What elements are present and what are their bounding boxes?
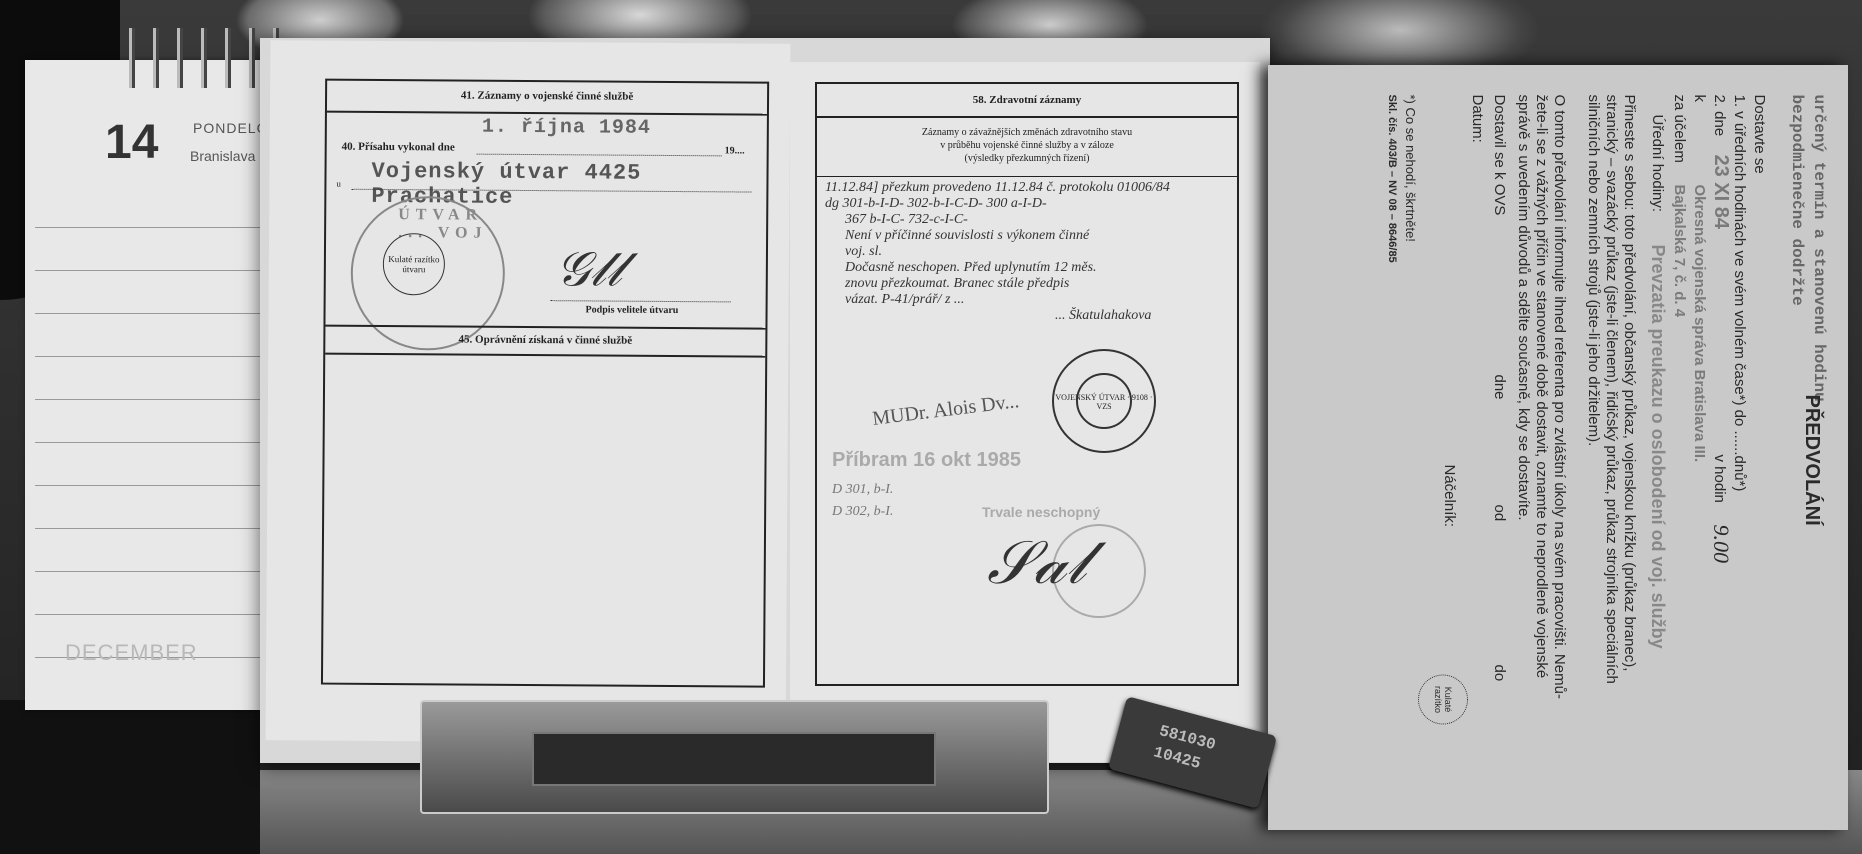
handwritten-line: znovu přezkoumat. Branec stále předpis	[825, 276, 1170, 292]
od-label: od	[1491, 505, 1508, 522]
signature-label: Podpis velitele útvaru	[586, 304, 679, 316]
oath-label: 40. Přísahu vykonal dne	[342, 141, 455, 154]
diagnosis-line: D 302, b-I.	[832, 504, 893, 520]
divider	[325, 353, 765, 358]
footnote: *) Co se nehodí, škrtněte!	[1403, 95, 1418, 242]
doctor-signature: 𝒮𝒶𝓁	[987, 529, 1086, 598]
inform-text-line: správě s uvedením důvodů a sdělte součas…	[1515, 95, 1532, 521]
divider	[817, 176, 1237, 177]
subtitle-line: Záznamy o závažnějších změnách zdravotní…	[817, 126, 1237, 139]
summons-content: určený termín a stanovenú hodinu bezpodm…	[1268, 65, 1848, 830]
dostavil-label: Dostavil se k OVS	[1491, 95, 1508, 216]
divider	[327, 111, 767, 116]
round-stamp: VOJENSKÝ ÚTVAR · 9108 · VZS	[1052, 349, 1156, 453]
handwritten-line: Dočasně neschopen. Před uplynutím 12 měs…	[825, 260, 1170, 276]
handwritten-line: vázat. P-41/prář/ z ...	[825, 292, 1170, 308]
nacelnik-label: Náčelník:	[1441, 465, 1458, 528]
military-booklet: 41. Záznamy o vojenské činné službě 1. ř…	[260, 38, 1270, 763]
summons-title: PŘEDVOLÁNÍ	[1800, 395, 1823, 526]
section-58-title: 58. Zdravotní záznamy	[817, 94, 1237, 106]
date-stamp: Příbram 16 okt 1985	[832, 449, 1021, 472]
handwritten-line: dg 301-b-I-D- 302-b-I-C-D- 300 a-I-D-	[825, 196, 1170, 212]
bring-text-line: stranický – svazácký průkaz (jste-li čle…	[1603, 95, 1620, 684]
dostavte-se: Dostavte se	[1751, 95, 1768, 174]
date-stamp: 1. října 1984	[482, 116, 651, 140]
section-58-subtitle: Záznamy o závažnějších změnách zdravotní…	[817, 126, 1237, 165]
option-2-hour: 9.00	[1708, 525, 1734, 564]
stamp-inner-circle: Kulaté razítko útvaru	[383, 233, 445, 295]
year-label: 19....	[725, 145, 745, 156]
form-frame: 58. Zdravotní záznamy Záznamy o závažněj…	[815, 82, 1239, 686]
divider	[817, 116, 1237, 118]
inform-text-line: žete-li se z vážných příčin ve stanovené…	[1533, 95, 1550, 679]
booklet-left-page: 41. Záznamy o vojenské činné službě 1. ř…	[266, 40, 791, 744]
cassette-tape	[420, 700, 1049, 814]
handwritten-line: voj. sl.	[825, 244, 1170, 260]
k-label: k	[1691, 95, 1708, 103]
bring-text-line: Přineste s sebou: toto předvolání, občan…	[1621, 95, 1638, 672]
purpose-stamp: Prevzatia preukazu o oslobodení od voj. …	[1647, 245, 1668, 649]
datum-label: Datum:	[1469, 95, 1486, 143]
do-label: do	[1491, 665, 1508, 682]
option-1: 1. v úředních hodinách ve svém volném ča…	[1731, 95, 1748, 492]
za-ucelem-label: za účelem	[1671, 95, 1688, 163]
cassette-window	[532, 732, 936, 786]
form-frame: 41. Záznamy o vojenské činné službě 1. ř…	[321, 79, 769, 688]
za-ucelem-value: Bajkalská 7, č. d. 4	[1671, 185, 1688, 318]
summons-document: určený termín a stanovenú hodinu bezpodm…	[1268, 65, 1848, 830]
status-stamp: Trvale neschopný	[982, 504, 1100, 520]
k-value: Okresná vojenská správa Bratislava III.	[1691, 185, 1708, 463]
subtitle-line: (výsledky přezkumných řízení)	[817, 152, 1237, 165]
handwritten-entries: 11.12.84] přezkum provedeno 11.12.84 č. …	[825, 180, 1170, 324]
diagnosis-line: D 301, b-I.	[832, 482, 893, 498]
calendar-ruled-lines	[35, 185, 265, 685]
handwritten-line: Není v příčinné souvislosti s výkonem či…	[825, 228, 1170, 244]
signature: 𝒢𝓁𝓁	[556, 242, 622, 298]
dark-object	[0, 700, 260, 854]
dotted-line	[477, 154, 722, 157]
option-2-date: 23 XI 84	[1709, 155, 1732, 230]
handwritten-line: 11.12.84] přezkum provedeno 11.12.84 č. …	[825, 180, 1170, 196]
calendar-day: 14	[105, 115, 158, 170]
booklet-right-page: 58. Zdravotní záznamy Záznamy o závažněj…	[790, 62, 1260, 762]
desk-calendar: 14 PONDELOK Branislava DECEMBER	[25, 60, 275, 710]
calendar-name-day: Branislava	[190, 148, 255, 164]
warning-stamp: bezpodmienečne dodržte	[1788, 95, 1806, 306]
handwritten-line: ... Škatulahakova	[825, 308, 1170, 324]
section-41-title: 41. Záznamy o vojenské činné službě	[327, 89, 767, 104]
option-2-suffix: v hodin	[1711, 455, 1728, 503]
warning-stamp: určený termín a stanovenú hodinu	[1810, 95, 1828, 402]
dotted-line	[551, 300, 731, 302]
handwritten-line: 367 b-I-C- 732-c-I-C-	[825, 212, 1170, 228]
doctor-stamp: MUDr. Alois Dv...	[871, 390, 1020, 431]
stamp-placeholder: Kulaté razítko	[1418, 675, 1468, 725]
subtitle-line: v průběhu vojenské činné služby a v zálo…	[817, 139, 1237, 152]
bring-text-line: silničních nebo zemních strojů (jste-li …	[1585, 95, 1602, 447]
office-hours-label: Úřední hodiny:	[1649, 115, 1666, 213]
stamp-text: VOJENSKÝ ÚTVAR · 9108 · VZS	[1054, 393, 1154, 411]
place-prefix: u	[336, 179, 341, 189]
dne-label: dne	[1491, 375, 1508, 400]
inform-text-line: O tomto předvolání informujte ihned refe…	[1551, 95, 1568, 699]
calendar-month: DECEMBER	[65, 640, 198, 666]
section-45-title: 45. Oprávnění získaná v činné službě	[325, 333, 765, 348]
option-2-prefix: 2. dne	[1711, 95, 1728, 137]
form-code: Skl. čís. 403/B – NV 08 – 8646/85	[1386, 95, 1398, 263]
